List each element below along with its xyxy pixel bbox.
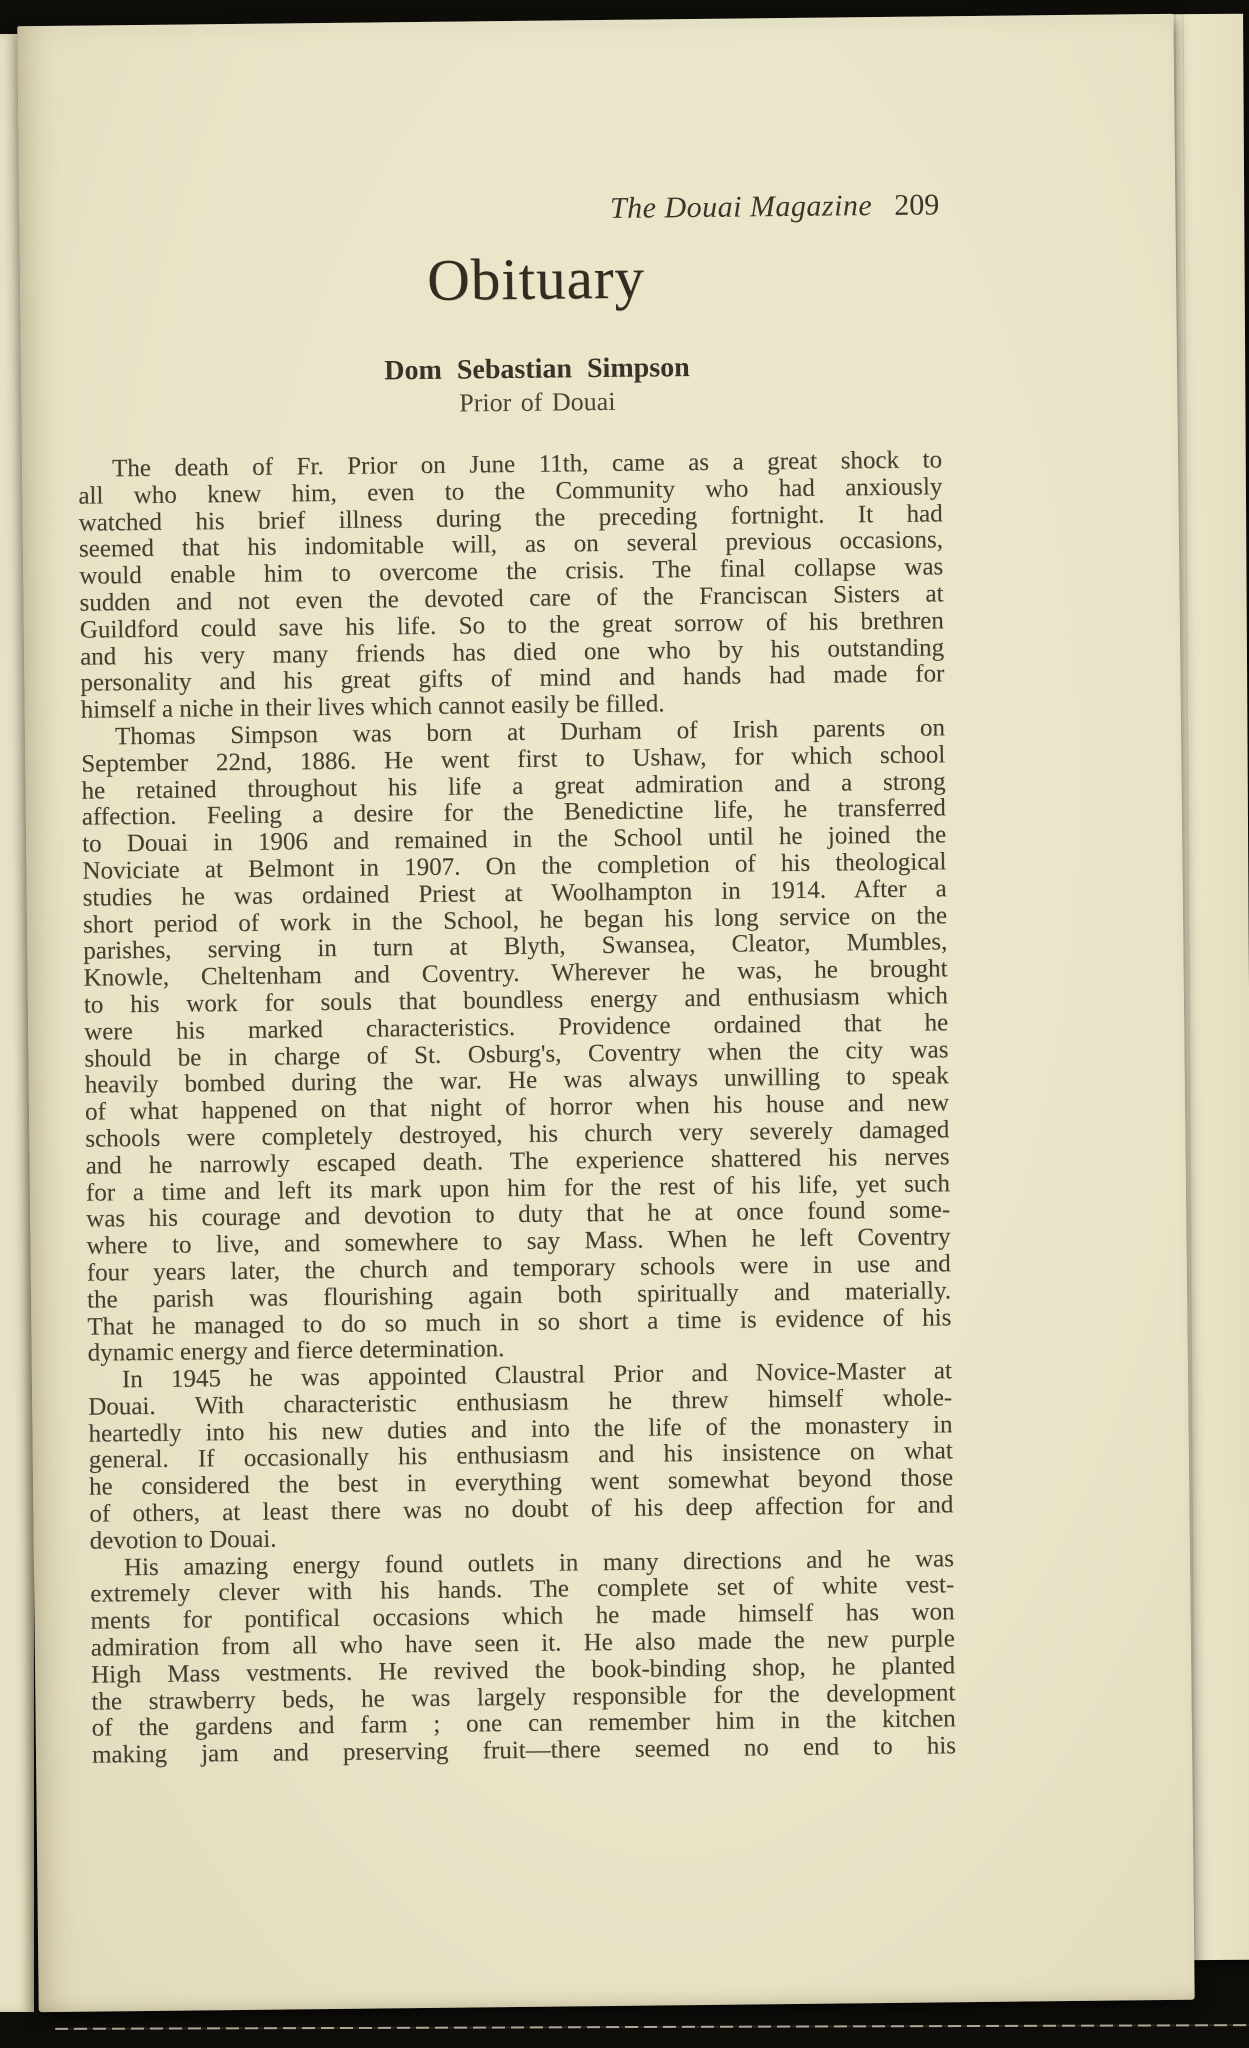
subject-role: Prior of Douai: [77, 383, 941, 421]
type-column: The Douai Magazine209 Obituary Dom Sebas…: [73, 16, 958, 2011]
scan-scratch-line: [55, 2024, 1249, 2030]
paragraph: The death of Fr. Prior on June 11th, cam…: [78, 447, 945, 724]
paragraph: His amazing energy found outlets in many…: [90, 1546, 956, 1770]
book-scan: The Douai Magazine209 Obituary Dom Sebas…: [0, 0, 1249, 2048]
paragraph: In 1945 he was appointed Claustral Prior…: [88, 1358, 954, 1555]
article-body: The death of Fr. Prior on June 11th, cam…: [78, 447, 956, 1769]
article-title: Obituary: [76, 242, 941, 315]
running-header: The Douai Magazine209: [75, 188, 939, 231]
page-number: 209: [894, 188, 939, 221]
magazine-page: The Douai Magazine209 Obituary Dom Sebas…: [17, 14, 1194, 2012]
paragraph: Thomas Simpson was born at Durham of Iri…: [81, 715, 952, 1367]
magazine-title: The Douai Magazine: [610, 189, 873, 225]
